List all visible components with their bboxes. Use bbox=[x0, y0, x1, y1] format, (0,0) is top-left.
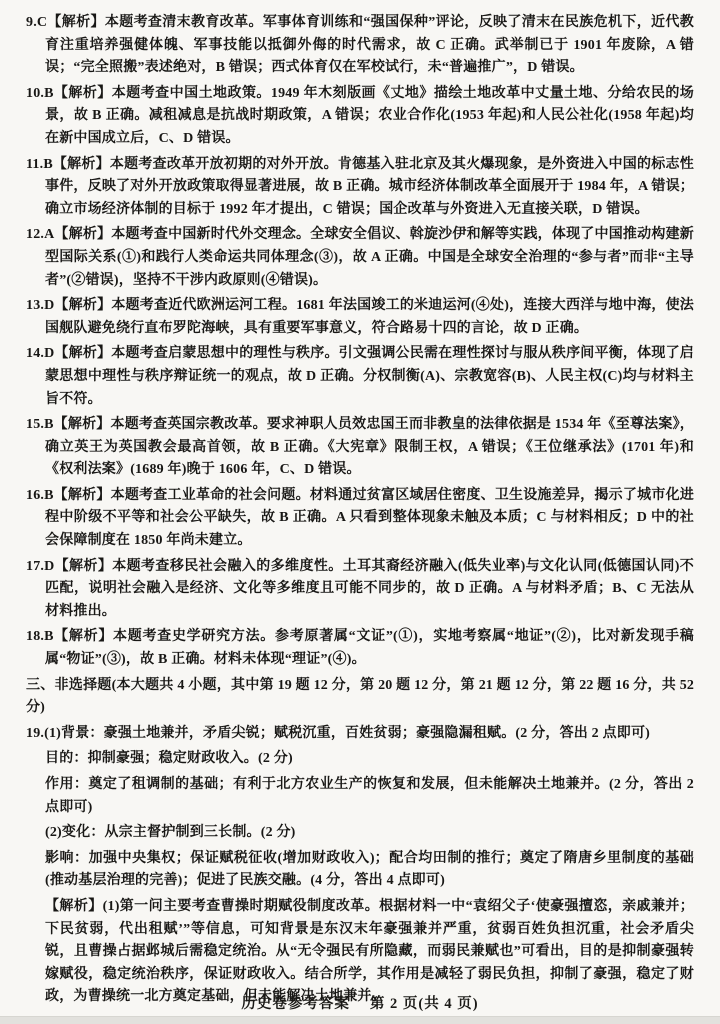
scan-edge-artifact bbox=[0, 1016, 720, 1024]
answer-item-11: 11.B【解析】本题考查改革开放初期的对外开放。肯德基入驻北京及其火爆现象，是外… bbox=[26, 154, 694, 222]
section-heading-non-choice: 三、非选择题(本大题共 4 小题，其中第 19 题 12 分，第 20 题 12… bbox=[26, 675, 694, 720]
answer-item-18: 18.B【解析】本题考查史学研究方法。参考原著属“文证”(①)，实地考察属“地证… bbox=[26, 626, 694, 671]
answer-item-17: 17.D【解析】本题考查移民社会融入的多维度性。土耳其裔经济融入(低失业率)与文… bbox=[26, 556, 694, 624]
answer-item-16: 16.B【解析】本题考查工业革命的社会问题。材料通过贫富区域居住密度、卫生设施差… bbox=[26, 485, 694, 553]
answer-item-13: 13.D【解析】本题考查近代欧洲运河工程。1681 年法国竣工的米迪运河(④处)… bbox=[26, 295, 694, 340]
answer-item-12: 12.A【解析】本题考查中国新时代外交理念。全球安全倡议、斡旋沙伊和解等实践，体… bbox=[26, 224, 694, 292]
answer-item-19-opening: 19.(1)背景：豪强土地兼并，矛盾尖锐；赋税沉重，百姓贫弱；豪强隐漏租赋。(2… bbox=[26, 723, 694, 746]
answer-key-content: 9.C【解析】本题考查清末教育改革。军事体育训练和“强国保种”评论，反映了清末在… bbox=[26, 12, 694, 1012]
q19-effect-line: 作用：奠定了租调制的基础；有利于北方农业生产的恢复和发展，但未能解决土地兼并。(… bbox=[26, 774, 694, 819]
footer-title: 历史卷参考答案 bbox=[241, 996, 350, 1012]
answer-item-14: 14.D【解析】本题考查启蒙思想中的理性与秩序。引文强调公民需在理性探讨与服从秩… bbox=[26, 343, 694, 411]
page-footer: 历史卷参考答案第 2 页(共 4 页) bbox=[0, 992, 720, 1013]
q19-purpose-line: 目的：抑制豪强；稳定财政收入。(2 分) bbox=[26, 748, 694, 771]
footer-page-number: 第 2 页(共 4 页) bbox=[370, 996, 479, 1012]
answer-key-page: 9.C【解析】本题考查清末教育改革。军事体育训练和“强国保种”评论，反映了清末在… bbox=[0, 0, 720, 1024]
answer-item-15: 15.B【解析】本题考查英国宗教改革。要求神职人员效忠国王而非教皇的法律依据是 … bbox=[26, 414, 694, 482]
answer-item-9: 9.C【解析】本题考查清末教育改革。军事体育训练和“强国保种”评论，反映了清末在… bbox=[26, 12, 694, 80]
q19-change-line: (2)变化：从宗主督护制到三长制。(2 分) bbox=[26, 822, 694, 845]
answer-item-10: 10.B【解析】本题考查中国土地政策。1949 年木刻版画《丈地》描绘土地改革中… bbox=[26, 83, 694, 151]
q19-influence-line: 影响：加强中央集权；保证赋税征收(增加财政收入)；配合均田制的推行；奠定了隋唐乡… bbox=[26, 848, 694, 893]
